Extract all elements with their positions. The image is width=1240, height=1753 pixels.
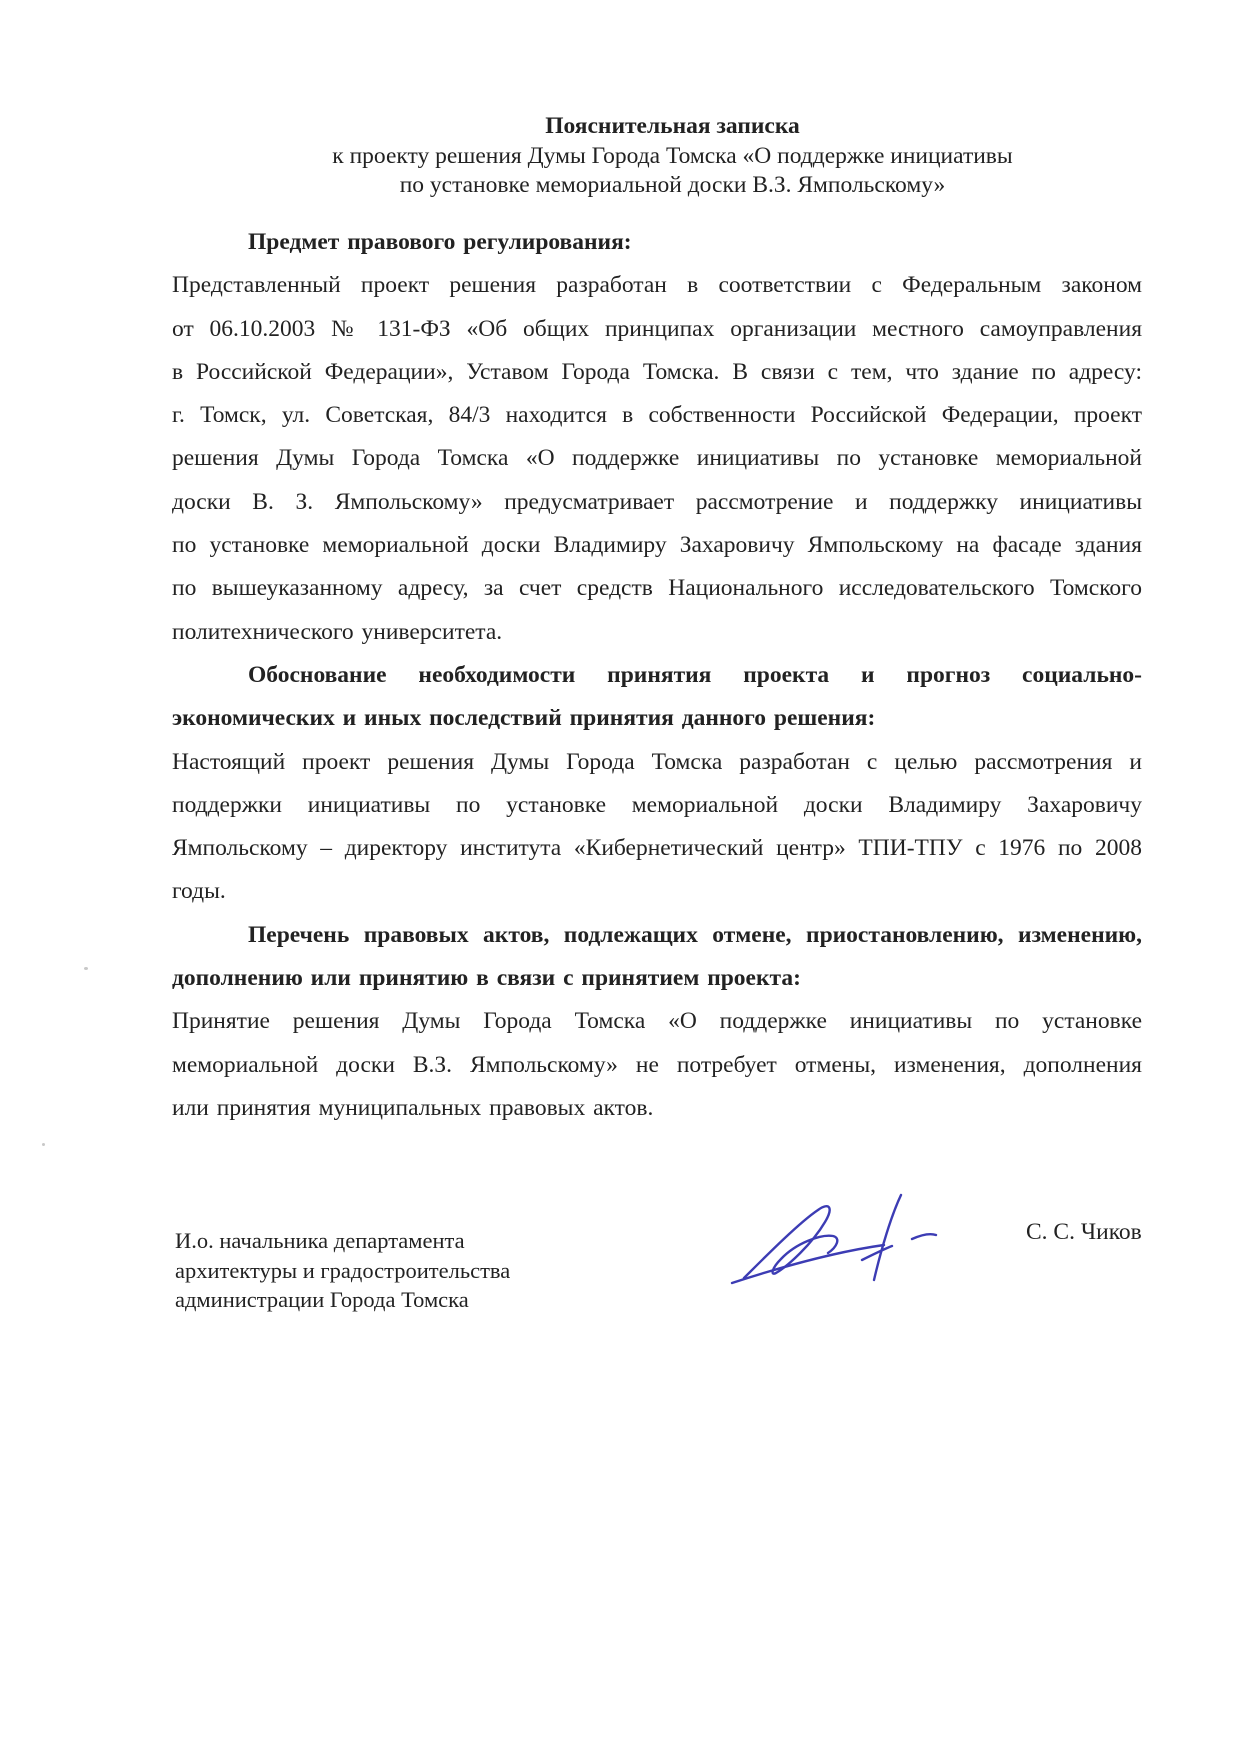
heading-line: экономических и иных последствий приняти…	[172, 697, 1142, 740]
body-line: поддержки инициативы по установке мемори…	[172, 784, 1142, 827]
body-line: доски В. З. Ямпольскому» предусматривает…	[172, 481, 1142, 524]
body-line: по вышеуказанному адресу, за счет средст…	[172, 567, 1142, 610]
signatory-position-line: администрации Города Томска	[175, 1285, 635, 1315]
body-line: решения Думы Города Томска «О поддержке …	[172, 437, 1142, 480]
signatory-name: С. С. Чиков	[1026, 1218, 1142, 1247]
body-line: Ямпольскому – директору института «Кибер…	[172, 827, 1142, 870]
document-page: Пояснительная записка к проекту решения …	[0, 0, 1240, 1753]
body-line: политехнического университета.	[172, 611, 1142, 654]
body-line: или принятия муниципальных правовых акто…	[172, 1087, 1142, 1130]
heading-line: Перечень правовых актов, подлежащих отме…	[172, 914, 1142, 957]
heading-line: Обоснование необходимости принятия проек…	[172, 654, 1142, 697]
body-line: Принятие решения Думы Города Томска «О п…	[172, 1000, 1142, 1043]
signatory-position-line: архитектуры и градостроительства	[175, 1256, 635, 1286]
body-line: Настоящий проект решения Думы Города Том…	[172, 741, 1142, 784]
body-line: годы.	[172, 870, 1142, 913]
body-line: мемориальной доски В.З. Ямпольскому» не …	[172, 1044, 1142, 1087]
body-line: по установке мемориальной доски Владимир…	[172, 524, 1142, 567]
heading-line: Предмет правового регулирования:	[172, 221, 1142, 264]
body-line: Представленный проект решения разработан…	[172, 264, 1142, 307]
title-line: к проекту решения Думы Города Томска «О …	[185, 142, 1160, 172]
document-title: Пояснительная записка к проекту решения …	[185, 112, 1160, 201]
body-line: от 06.10.2003 № 131-ФЗ «Об общих принцип…	[172, 308, 1142, 351]
document-body: Предмет правового регулирования:Представ…	[172, 221, 1142, 1130]
handwritten-signature	[726, 1190, 938, 1292]
title-line: по установке мемориальной доски В.З. Ямп…	[185, 171, 1160, 201]
signatory-position: И.о. начальника департамента архитектуры…	[175, 1226, 635, 1315]
signatory-position-line: И.о. начальника департамента	[175, 1226, 635, 1256]
body-line: г. Томск, ул. Советская, 84/3 находится …	[172, 394, 1142, 437]
title-line: Пояснительная записка	[185, 112, 1160, 142]
scan-speck	[84, 967, 88, 970]
body-line: в Российской Федерации», Уставом Города …	[172, 351, 1142, 394]
scan-speck	[42, 1143, 45, 1146]
heading-line: дополнению или принятию в связи с принят…	[172, 957, 1142, 1000]
